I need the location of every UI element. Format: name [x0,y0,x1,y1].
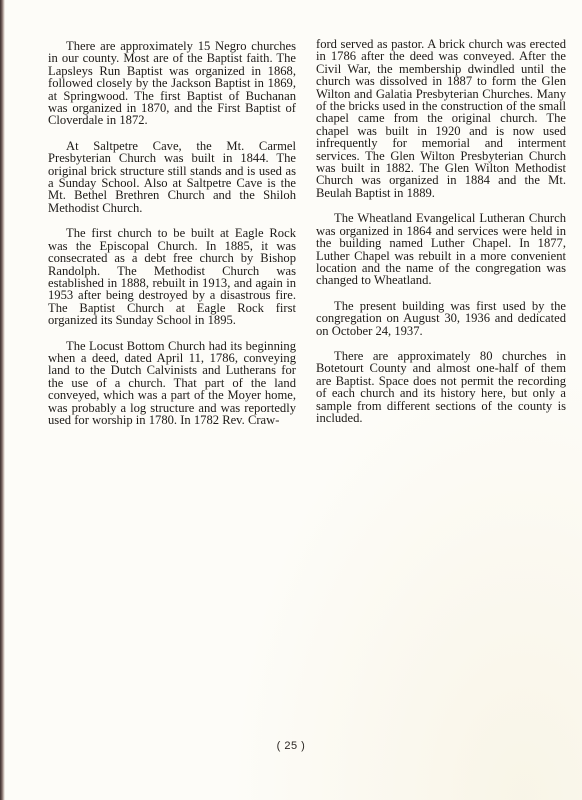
paragraph-church-count: There are approximately 80 churches in B… [316,350,566,424]
paragraph-saltpetre-cave: At Saltpetre Cave, the Mt. Carmel Presby… [48,140,296,214]
paragraph-locust-bottom: The Locust Bottom Church had its beginni… [48,340,296,427]
paragraph-locust-bottom-continued: ford served as pastor. A brick church wa… [316,38,566,199]
paragraph-negro-churches: There are approximately 15 Negro churche… [48,40,296,127]
right-column: ford served as pastor. A brick church wa… [316,38,566,437]
left-column: There are approximately 15 Negro churche… [48,40,296,439]
paragraph-wheatland-lutheran: The Wheatland Evangelical Lutheran Churc… [316,212,566,286]
scanned-page-edge [0,0,5,800]
paragraph-eagle-rock: The first church to be built at Eagle Ro… [48,227,296,326]
paragraph-present-building: The present building was first used by t… [316,300,566,337]
page-number: ( 25 ) [0,740,582,752]
